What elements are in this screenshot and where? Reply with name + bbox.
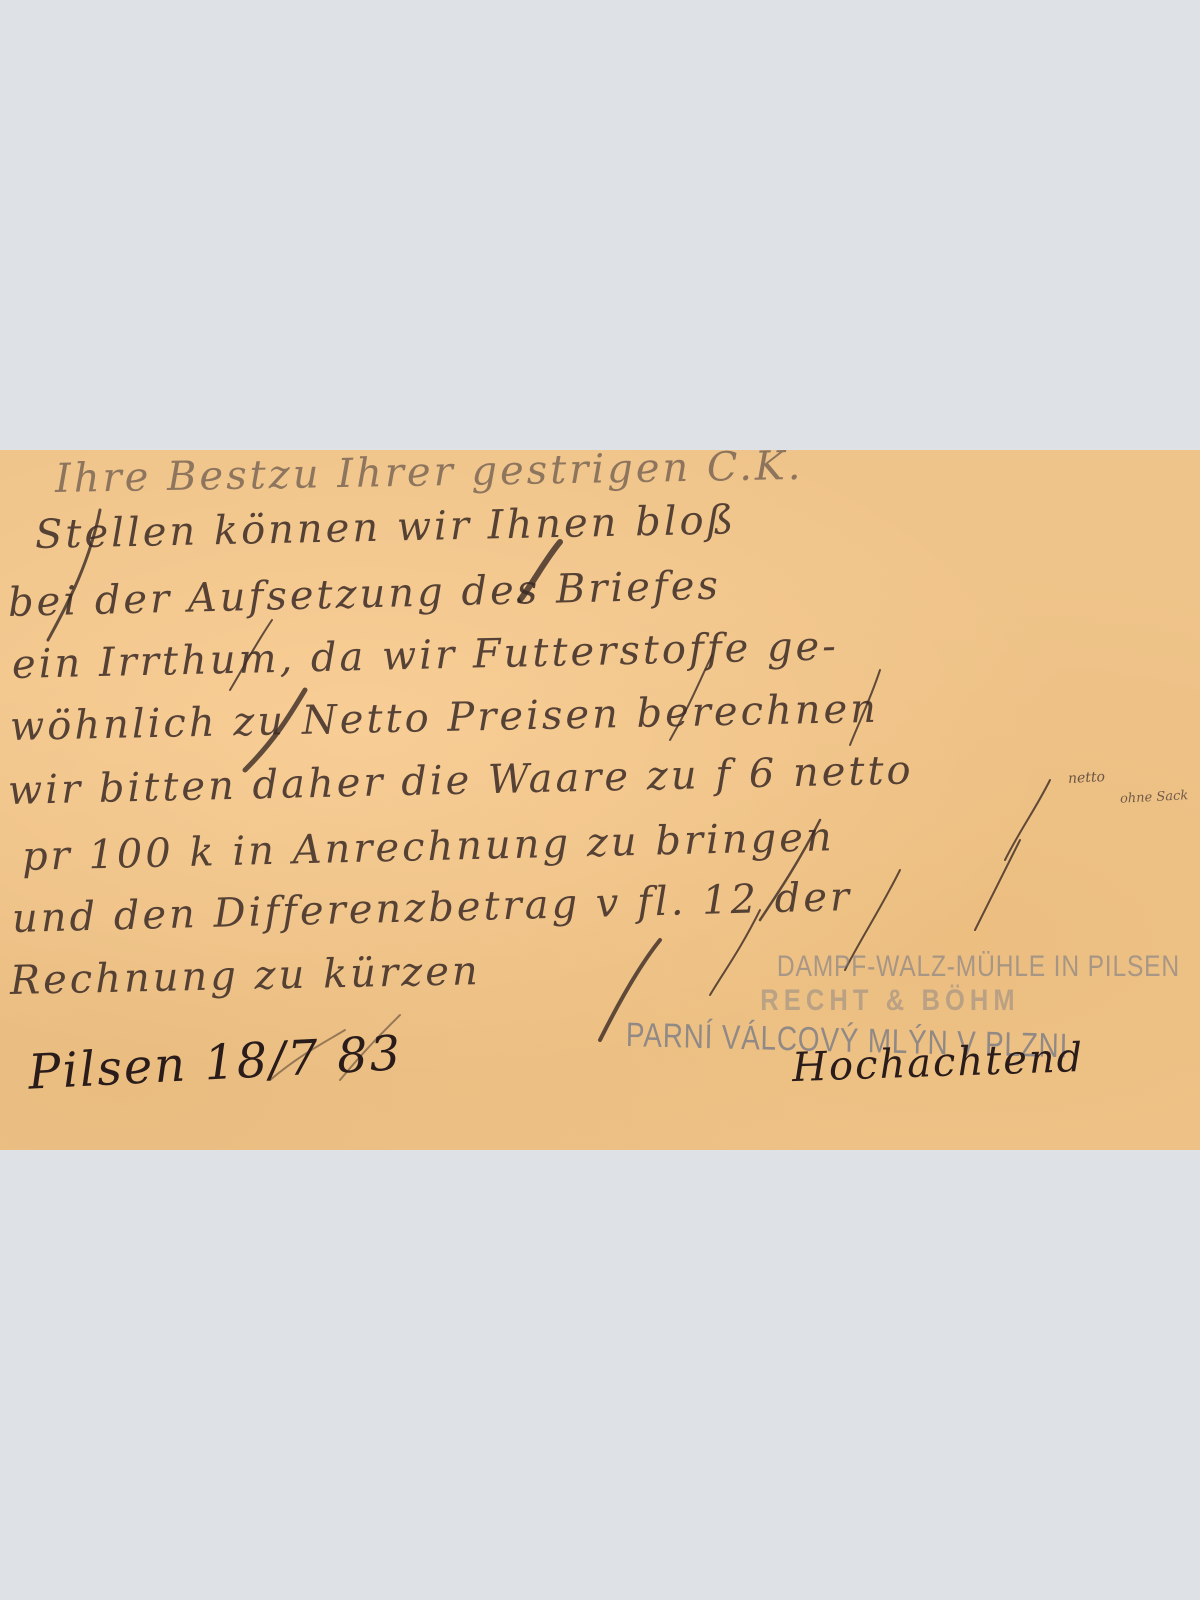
letter-line-1: Ihre Bestzu Ihrer gestrigen C.K. xyxy=(55,450,804,502)
letter-line-8: und den Differenzbetrag v fl. 12 der xyxy=(11,874,852,942)
letter-line-6: wir bitten daher die Waare zu f 6 netto xyxy=(7,747,914,814)
stamp-line-german: DAMPF-WALZ-MÜHLE IN PILSEN xyxy=(729,952,1180,982)
stamp-line-company: RECHT & BÖHM xyxy=(635,986,1145,1016)
letter-line-5: wöhnlich zu Netto Preisen berechnen xyxy=(10,686,880,750)
postcard: Ihre Bestzu Ihrer gestrigen C.K. Stellen… xyxy=(0,450,1200,1150)
place-date: Pilsen 18/7 83 xyxy=(27,1025,404,1101)
letter-line-9: Rechnung zu kürzen xyxy=(10,948,482,1004)
letter-line-3: bei der Aufsetzung des Briefes xyxy=(7,563,721,626)
closing-signature: Hochachtend xyxy=(791,1035,1085,1091)
margin-note-ohne-sack: ohne Sack xyxy=(1120,788,1189,807)
company-stamp: DAMPF-WALZ-MÜHLE IN PILSEN RECHT & BÖHM … xyxy=(630,952,1190,1052)
letter-line-7: pr 100 k in Anrechnung zu bringen xyxy=(21,814,835,880)
margin-note-netto: netto xyxy=(1068,769,1106,787)
letter-line-4: ein Irrthum, da wir Futterstoffe ge- xyxy=(11,623,839,688)
letter-line-2: Stellen können wir Ihnen bloß xyxy=(35,497,737,558)
